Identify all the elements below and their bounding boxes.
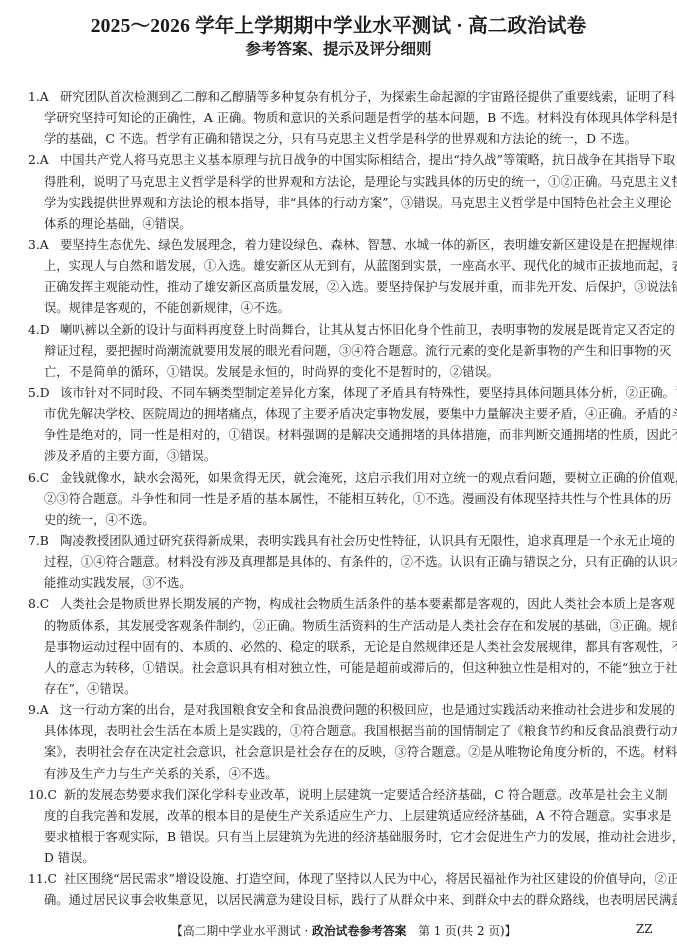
answer-continuation-line: 误。规律是客观的，不能创新规律，④不选。	[0, 298, 650, 319]
answer-item: 8.C人类社会是物质世界长期发展的产物，构成社会物质生活条件的基本要素都是客观的…	[0, 594, 677, 700]
answer-explanation-text: 亡，不是简单的循环，①错误。发展是永恒的，时尚界的变化不是暂时的，②错误。	[44, 365, 499, 379]
answer-continuation-line: D 错误。	[0, 848, 650, 869]
answer-number: 6.C	[28, 468, 60, 489]
answer-item: 9.A这一行动方案的出台，是对我国粮食安全和食品浪费问题的积极回应，也是通过实践…	[0, 700, 677, 785]
answer-continuation-line: 亡，不是简单的循环，①错误。发展是永恒的，时尚界的变化不是暂时的，②错误。	[0, 362, 650, 383]
answer-explanation-text: 体系的理论基础，④错误。	[44, 217, 192, 231]
answer-first-line: 4.D喇叭裤以全新的设计与面料再度登上时尚舞台，让其从复古怀旧化身个性前卫，表明…	[0, 320, 650, 341]
answer-item: 10.C新的发展态势要求我们深化学科专业改革，说明上层建筑一定要适合经济基础，C…	[0, 785, 677, 870]
answer-explanation-text: 要坚持生态优先、绿色发展理念，着力建设绿色、森林、智慧、水城一体的新区，表明雄安…	[60, 238, 677, 252]
answer-explanation-text: 确。通过居民议事会收集意见，以居民满意为建设目标，践行了从群众中来、到群众中去的…	[44, 893, 677, 907]
answer-explanation-text: 学为实践提供世界观和方法论的根本指导，非“具体的行动方案”，③错误。马克思主义哲…	[44, 196, 671, 210]
footer-doc-name: 政治试卷参考答案	[312, 924, 406, 938]
answer-number: 1.A	[28, 87, 60, 108]
answer-list: 1.A研究团队首次检测到乙二醇和乙醇腈等多种复杂有机分子，为探索生命起源的宇宙路…	[0, 87, 677, 911]
page-footer: 【高二期中学业水平测试 · 政治试卷参考答案 第 1 页(共 2 页)】 ZZ	[0, 922, 677, 942]
answer-first-line: 10.C新的发展态势要求我们深化学科专业改革，说明上层建筑一定要适合经济基础，C…	[0, 785, 650, 806]
answer-explanation-text: ②③符合题意。斗争性和同一性是矛盾的基本属性，不能相互转化，①不选。漫画没有体现…	[44, 492, 671, 506]
answer-explanation-text: 市优先解决学校、医院周边的拥堵痛点，体现了主要矛盾决定事物发展，要集中力量解决主…	[44, 407, 677, 421]
answer-explanation-text: 案》，表明社会存在决定社会意识，社会意识是社会存在的反映，③符合题意。②是从唯物…	[44, 745, 677, 759]
answer-explanation-text: 新的发展态势要求我们深化学科专业改革，说明上层建筑一定要适合经济基础，C 符合题…	[64, 788, 668, 802]
answer-explanation-text: 上，实现人与自然和谐发展，①入选。雄安新区从无到有，从蓝图到实景，一座高水平、现…	[44, 259, 677, 273]
answer-number: 5.D	[28, 383, 60, 404]
answer-number: 8.C	[28, 594, 60, 615]
answer-first-line: 9.A这一行动方案的出台，是对我国粮食安全和食品浪费问题的积极回应，也是通过实践…	[0, 700, 650, 721]
answer-item: 7.B陶凌教授团队通过研究获得新成果，表明实践具有社会历史性特征，认识具有无限性…	[0, 531, 677, 594]
answer-number: 3.A	[28, 235, 60, 256]
answer-continuation-line: 体系的理论基础，④错误。	[0, 214, 650, 235]
answer-continuation-line: 正确发挥主观能动性，推动了雄安新区高质量发展，②入选。要坚持保护与发展并重，而非…	[0, 277, 650, 298]
answer-number: 10.C	[28, 785, 64, 806]
answer-explanation-text: 人类社会是物质世界长期发展的产物，构成社会物质生活条件的基本要素都是客观的，因此…	[60, 597, 675, 611]
answer-explanation-text: 过程，①④符合题意。材料没有涉及真理都是具体的、有条件的，②不选。认识有正确与错…	[44, 555, 677, 569]
answer-continuation-line: 案》，表明社会存在决定社会意识，社会意识是社会存在的反映，③符合题意。②是从唯物…	[0, 742, 650, 763]
answer-explanation-text: 陶凌教授团队通过研究获得新成果，表明实践具有社会历史性特征，认识具有无限性，追求…	[60, 534, 675, 548]
answer-explanation-text: 喇叭裤以全新的设计与面料再度登上时尚舞台，让其从复古怀旧化身个性前卫，表明事物的…	[60, 323, 675, 337]
answer-explanation-text: 该市针对不同时段、不同车辆类型制定差异化方案，体现了矛盾具有特殊性，要坚持具体问…	[60, 386, 677, 400]
answer-continuation-line: 争性是绝对的，同一性是相对的，①错误。材料强调的是解决交通拥堵的具体措施，而非判…	[0, 425, 650, 446]
answer-explanation-text: 度的自我完善和发展，改革的根本目的是使生产关系适应生产力、上层建筑适应经济基础，…	[44, 809, 672, 823]
footer-exam-name: 高二期中学业水平测试 ·	[183, 924, 312, 938]
answer-explanation-text: D 错误。	[44, 851, 95, 865]
footer-right-bracket: 】	[505, 924, 517, 938]
answer-explanation-text: 涉及矛盾的主要方面，③错误。	[44, 449, 216, 463]
answer-first-line: 11.C社区围绕“居民需求”增设设施、打造空间，体现了坚持以人民为中心，将居民福…	[0, 869, 650, 890]
answer-number: 2.A	[28, 150, 60, 171]
answer-continuation-line: 有涉及生产力与生产关系的关系，④不选。	[0, 764, 650, 785]
answer-item: 3.A要坚持生态优先、绿色发展理念，着力建设绿色、森林、智慧、水城一体的新区，表…	[0, 235, 677, 320]
answer-item: 1.A研究团队首次检测到乙二醇和乙醇腈等多种复杂有机分子，为探索生命起源的宇宙路…	[0, 87, 677, 150]
answer-continuation-line: 具体体现，表明社会生活在本质上是实践的，①符合题意。我国根据当前的国情制定了《粮…	[0, 721, 650, 742]
answer-explanation-text: 研究团队首次检测到乙二醇和乙醇腈等多种复杂有机分子，为探索生命起源的宇宙路径提供…	[60, 90, 675, 104]
answer-continuation-line: 要求植根于客观实际，B 错误。只有当上层建筑为先进的经济基础服务时，它才会促进生…	[0, 827, 650, 848]
answer-continuation-line: 学为实践提供世界观和方法论的根本指导，非“具体的行动方案”，③错误。马克思主义哲…	[0, 193, 650, 214]
answer-item: 5.D该市针对不同时段、不同车辆类型制定差异化方案，体现了矛盾具有特殊性，要坚持…	[0, 383, 677, 468]
footer-page-info: 第 1 页(共 2 页)	[406, 924, 504, 938]
answer-explanation-text: 要求植根于客观实际，B 错误。只有当上层建筑为先进的经济基础服务时，它才会促进生…	[44, 830, 677, 844]
answer-number: 4.D	[28, 320, 60, 341]
answer-continuation-line: 确。通过居民议事会收集意见，以居民满意为建设目标，践行了从群众中来、到群众中去的…	[0, 890, 650, 911]
document-title: 2025～2026 学年上学期期中学业水平测试 · 高二政治试卷	[0, 10, 677, 38]
answer-explanation-text: 辩证过程，要把握时尚潮流就要用发展的眼光看问题，③④符合题意。流行元素的变化是新…	[44, 344, 671, 358]
answer-item: 2.A中国共产党人将马克思主义基本原理与抗日战争的中国实际相结合，提出“持久战”…	[0, 150, 677, 235]
document-subtitle: 参考答案、提示及评分细则	[0, 37, 677, 59]
footer-caption: 【高二期中学业水平测试 · 政治试卷参考答案 第 1 页(共 2 页)】	[171, 922, 516, 939]
answer-first-line: 6.C金钱就像水，缺水会渴死，如果贪得无厌，就会淹死，这启示我们用对立统一的观点…	[0, 468, 650, 489]
answer-explanation-text: 这一行动方案的出台，是对我国粮食安全和食品浪费问题的积极回应，也是通过实践活动来…	[60, 703, 675, 717]
subject-code: ZZ	[636, 922, 652, 936]
answer-explanation-text: 的物质体系，其发展受客观条件制约，②正确。物质生活资料的生产活动是人类社会存在和…	[44, 619, 677, 633]
answer-explanation-text: 存在”，④错误。	[44, 682, 136, 696]
answer-first-line: 2.A中国共产党人将马克思主义基本原理与抗日战争的中国实际相结合，提出“持久战”…	[0, 150, 650, 171]
answer-continuation-line: 的物质体系，其发展受客观条件制约，②正确。物质生活资料的生产活动是人类社会存在和…	[0, 616, 650, 637]
answer-continuation-line: 涉及矛盾的主要方面，③错误。	[0, 446, 650, 467]
answer-explanation-text: 学的基础，C 不选。哲学有正确和错误之分，只有马克思主义哲学是科学的世界观和方法…	[44, 132, 637, 146]
answer-first-line: 5.D该市针对不同时段、不同车辆类型制定差异化方案，体现了矛盾具有特殊性，要坚持…	[0, 383, 650, 404]
answer-explanation-text: 能推动实践发展，③不选。	[44, 576, 192, 590]
footer-left-bracket: 【	[171, 924, 183, 938]
answer-number: 7.B	[28, 531, 60, 552]
answer-item: 11.C社区围绕“居民需求”增设设施、打造空间，体现了坚持以人民为中心，将居民福…	[0, 869, 677, 911]
answer-explanation-text: 得胜利，说明了马克思主义哲学是科学的世界观和方法论，是理论与实践具体的历史的统一…	[44, 175, 677, 189]
answer-first-line: 8.C人类社会是物质世界长期发展的产物，构成社会物质生活条件的基本要素都是客观的…	[0, 594, 650, 615]
answer-explanation-text: 史的统一，④不选。	[44, 513, 155, 527]
answer-continuation-line: 上，实现人与自然和谐发展，①入选。雄安新区从无到有，从蓝图到实景，一座高水平、现…	[0, 256, 650, 277]
answer-continuation-line: 市优先解决学校、医院周边的拥堵痛点，体现了主要矛盾决定事物发展，要集中力量解决主…	[0, 404, 650, 425]
answer-first-line: 7.B陶凌教授团队通过研究获得新成果，表明实践具有社会历史性特征，认识具有无限性…	[0, 531, 650, 552]
answer-explanation-text: 具体体现，表明社会生活在本质上是实践的，①符合题意。我国根据当前的国情制定了《粮…	[44, 724, 677, 738]
answer-explanation-text: 正确发挥主观能动性，推动了雄安新区高质量发展，②入选。要坚持保护与发展并重，而非…	[44, 280, 677, 294]
answer-continuation-line: 人的意志为转移，①错误。社会意识具有相对独立性，可能是超前或滞后的，但这种独立性…	[0, 658, 650, 679]
answer-item: 4.D喇叭裤以全新的设计与面料再度登上时尚舞台，让其从复古怀旧化身个性前卫，表明…	[0, 320, 677, 383]
answer-first-line: 1.A研究团队首次检测到乙二醇和乙醇腈等多种复杂有机分子，为探索生命起源的宇宙路…	[0, 87, 650, 108]
answer-number: 9.A	[28, 700, 60, 721]
answer-explanation-text: 误。规律是客观的，不能创新规律，④不选。	[44, 301, 290, 315]
answer-explanation-text: 学研究坚持可知论的正确性，A 正确。物质和意识的关系问题是哲学的基本问题，B 不…	[44, 111, 677, 125]
answer-continuation-line: 度的自我完善和发展，改革的根本目的是使生产关系适应生产力、上层建筑适应经济基础，…	[0, 806, 650, 827]
answer-continuation-line: 能推动实践发展，③不选。	[0, 573, 650, 594]
answer-continuation-line: 学研究坚持可知论的正确性，A 正确。物质和意识的关系问题是哲学的基本问题，B 不…	[0, 108, 650, 129]
answer-number: 11.C	[28, 869, 64, 890]
answer-explanation-text: 中国共产党人将马克思主义基本原理与抗日战争的中国实际相结合，提出“持久战”等策略…	[60, 153, 675, 167]
answer-explanation-text: 争性是绝对的，同一性是相对的，①错误。材料强调的是解决交通拥堵的具体措施，而非判…	[44, 428, 677, 442]
answer-continuation-line: 是事物运动过程中固有的、本质的、必然的、稳定的联系，无论是自然规律还是人类社会发…	[0, 637, 650, 658]
answer-continuation-line: 得胜利，说明了马克思主义哲学是科学的世界观和方法论，是理论与实践具体的历史的统一…	[0, 172, 650, 193]
answer-explanation-text: 是事物运动过程中固有的、本质的、必然的、稳定的联系，无论是自然规律还是人类社会发…	[44, 640, 677, 654]
answer-explanation-text: 有涉及生产力与生产关系的关系，④不选。	[44, 767, 278, 781]
answer-continuation-line: 辩证过程，要把握时尚潮流就要用发展的眼光看问题，③④符合题意。流行元素的变化是新…	[0, 341, 650, 362]
answer-continuation-line: 史的统一，④不选。	[0, 510, 650, 531]
answer-explanation-text: 人的意志为转移，①错误。社会意识具有相对独立性，可能是超前或滞后的，但这种独立性…	[44, 661, 677, 675]
answer-explanation-text: 社区围绕“居民需求”增设设施、打造空间，体现了坚持以人民为中心，将居民福祉作为社…	[64, 872, 677, 886]
answer-continuation-line: 存在”，④错误。	[0, 679, 650, 700]
answer-continuation-line: 过程，①④符合题意。材料没有涉及真理都是具体的、有条件的，②不选。认识有正确与错…	[0, 552, 650, 573]
answer-explanation-text: 金钱就像水，缺水会渴死，如果贪得无厌，就会淹死，这启示我们用对立统一的观点看问题…	[60, 471, 677, 485]
answer-continuation-line: 学的基础，C 不选。哲学有正确和错误之分，只有马克思主义哲学是科学的世界观和方法…	[0, 129, 650, 150]
answer-first-line: 3.A要坚持生态优先、绿色发展理念，着力建设绿色、森林、智慧、水城一体的新区，表…	[0, 235, 650, 256]
answer-continuation-line: ②③符合题意。斗争性和同一性是矛盾的基本属性，不能相互转化，①不选。漫画没有体现…	[0, 489, 650, 510]
answer-item: 6.C金钱就像水，缺水会渴死，如果贪得无厌，就会淹死，这启示我们用对立统一的观点…	[0, 468, 677, 531]
